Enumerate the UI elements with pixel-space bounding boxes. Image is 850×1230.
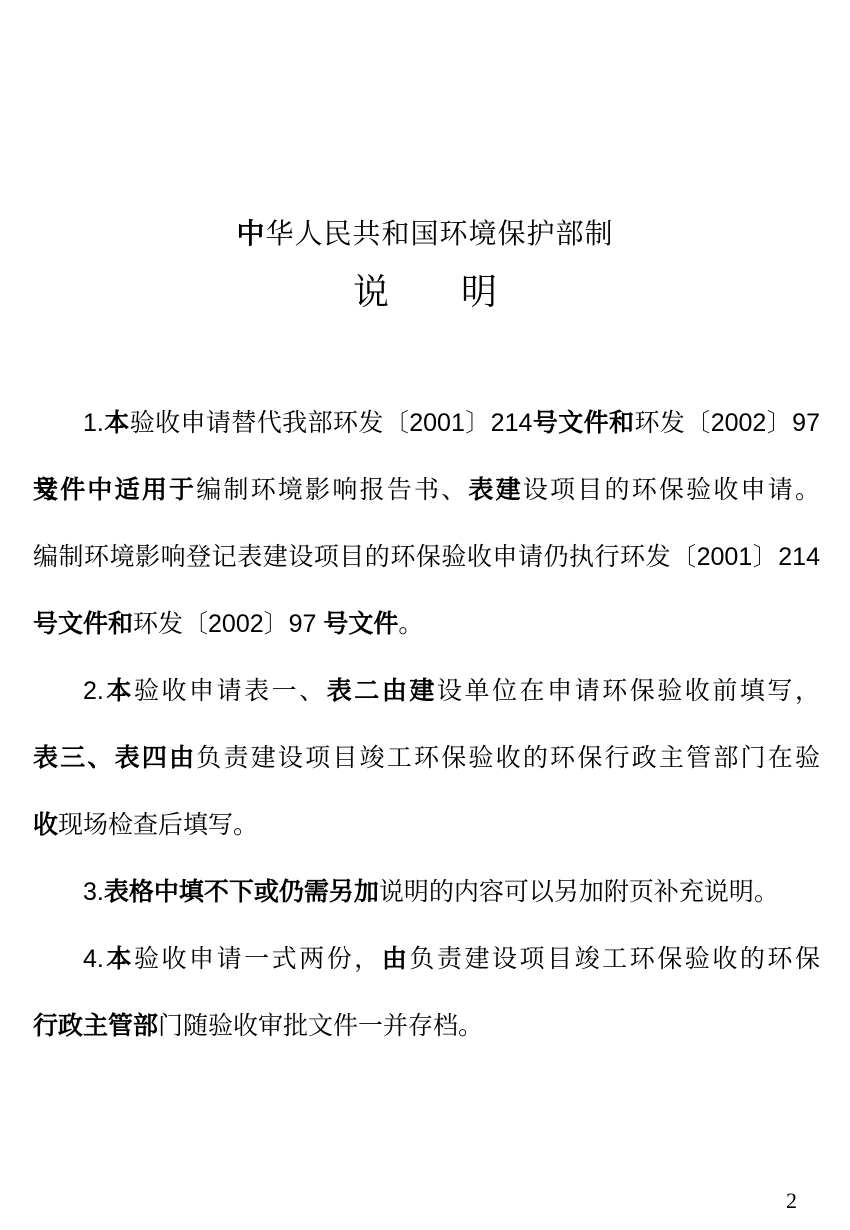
text-segment: 验收申请表一、: [134, 677, 327, 705]
text-segment: 本: [104, 945, 134, 973]
text-segment: 由: [382, 945, 410, 973]
text-segment: 号文件和: [33, 610, 133, 638]
text-segment: 收: [33, 811, 58, 839]
text-segment: 表三、表四由: [33, 744, 196, 772]
text-line: 2.本验收申请表一、表二由建设单位在申请环保验收前填写，: [33, 658, 820, 725]
org-title: 中华人民共和国环境保护部制: [0, 214, 850, 254]
text-segment: 环发〔2002〕97: [634, 409, 820, 437]
text-line: 1.本验收申请替代我部环发〔2001〕214号文件和环发〔2002〕97号: [33, 390, 820, 457]
text-segment: 现场检查后填写。: [58, 811, 258, 839]
text-segment: 。: [398, 610, 423, 638]
text-segment: 4.: [83, 945, 104, 973]
text-line: 号文件和环发〔2002〕97 号文件。: [33, 591, 820, 658]
text-segment: 表建: [468, 476, 522, 504]
text-segment: 负责建设项目竣工环保验收的环保: [409, 945, 820, 973]
text-segment: 负责建设项目竣工环保验收的环保行政主管部门在验: [196, 744, 820, 772]
text-segment: 本: [104, 677, 134, 705]
text-segment: 1.: [83, 409, 104, 437]
text-segment: 中: [236, 218, 265, 249]
text-line: 4.本验收申请一式两份，由负责建设项目竣工环保验收的环保: [33, 926, 820, 993]
text-line: 编制环境影响登记表建设项目的环保验收申请仍执行环发〔2001〕214: [33, 524, 820, 591]
text-segment: 验收申请替代我部环发〔2001〕214: [130, 409, 533, 437]
text-segment: 文件中适用于: [33, 476, 196, 504]
text-segment: 设单位在申请环保验收前填写，: [437, 677, 820, 705]
text-segment: 门随验收审批文件一并存档。: [158, 1012, 483, 1040]
text-line: 3.表格中填不下或仍需另加说明的内容可以另加附页补充说明。: [33, 859, 820, 926]
text-line: 表三、表四由负责建设项目竣工环保验收的环保行政主管部门在验: [33, 725, 820, 792]
document-page: 中华人民共和国环境保护部制 说 明 1.本验收申请替代我部环发〔2001〕214…: [0, 0, 850, 1230]
text-segment: 环发〔2002〕97: [133, 610, 323, 638]
body-text: 1.本验收申请替代我部环发〔2001〕214号文件和环发〔2002〕97号文件中…: [33, 390, 820, 1060]
text-line: 行政主管部门随验收审批文件一并存档。: [33, 993, 820, 1060]
text-segment: 说明的内容可以另加附页补充说明。: [379, 878, 779, 906]
text-line: 收现场检查后填写。: [33, 792, 820, 859]
text-line: 文件中适用于编制环境影响报告书、表建设项目的环保验收申请。: [33, 457, 820, 524]
doc-title: 说 明: [0, 266, 850, 318]
text-segment: 表二由建: [327, 677, 437, 705]
text-segment: 号文件: [323, 610, 398, 638]
text-segment: 验收申请一式两份，: [134, 945, 382, 973]
text-segment: 编制环境影响报告书、: [196, 476, 468, 504]
text-segment: 号文件和: [532, 409, 634, 437]
text-segment: 行政主管部: [33, 1012, 158, 1040]
text-segment: 3.: [83, 878, 104, 906]
text-segment: 华人民共和国环境保护部制: [266, 218, 614, 249]
text-segment: 编制环境影响登记表建设项目的环保验收申请仍执行环发〔2001〕214: [33, 543, 820, 571]
text-segment: 表格中填不下或仍需另加: [104, 878, 379, 906]
text-segment: 2.: [83, 677, 104, 705]
text-segment: 设项目的环保验收申请。: [523, 476, 820, 504]
page-number: 2: [786, 1186, 797, 1216]
text-segment: 本: [104, 409, 130, 437]
